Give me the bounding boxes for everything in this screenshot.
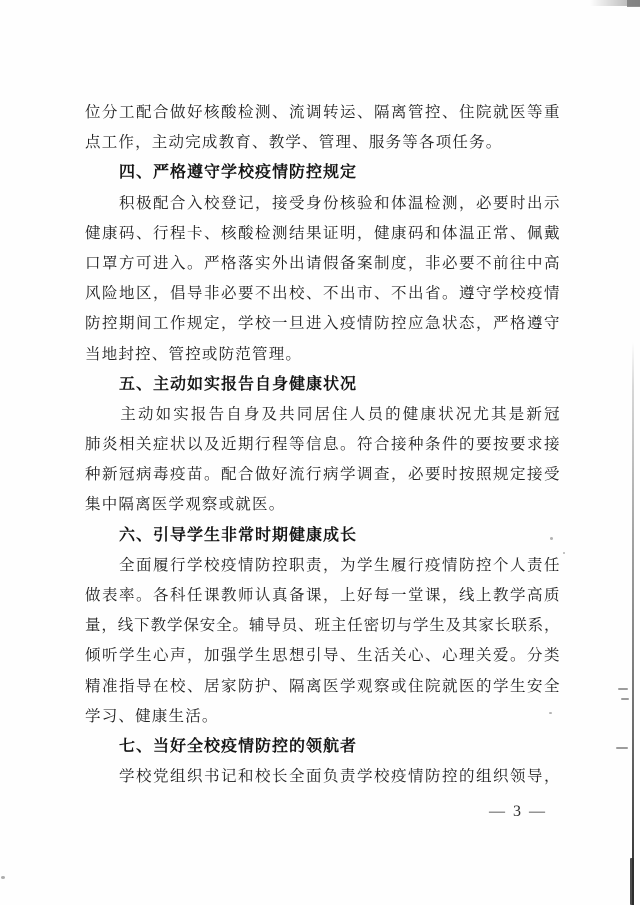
body-text-line: 量，线下教学保安全。辅导员、班主任密切与学生及其家长联系，: [85, 611, 560, 641]
heading-section-7: 七、当好全校疫情防控的领航者: [85, 732, 560, 762]
body-text-line: 精准指导在校、居家防护、隔离医学观察或住院就医的学生安全: [85, 672, 560, 702]
body-text-line: 学校党组织书记和校长全面负责学校疫情防控的组织领导，: [85, 762, 560, 792]
heading-section-4: 四、严格遵守学校疫情防控规定: [85, 158, 560, 188]
document-page: 位分工配合做好核酸检测、流调转运、隔离管控、住院就医等重 点工作，主动完成教育、…: [0, 0, 640, 905]
body-text-line: 种新冠病毒疫苗。配合做好流行病学调查，必要时按照规定接受: [85, 460, 560, 490]
body-text-line: 积极配合入校登记，接受身份核验和体温检测，必要时出示: [85, 189, 560, 219]
scan-artifact-vertical-line: [632, 342, 634, 905]
body-text-line: 健康码、行程卡、核酸检测结果证明，健康码和体温正常、佩戴: [85, 219, 560, 249]
body-text-line: 位分工配合做好核酸检测、流调转运、隔离管控、住院就医等重: [85, 98, 560, 128]
body-text-line: 风险地区，倡导非必要不出校、不出市、不出省。遵守学校疫情: [85, 279, 560, 309]
scan-dash: [616, 747, 628, 749]
scan-speck: [1, 876, 5, 879]
body-text-line: 口罩方可进入。严格落实外出请假备案制度，非必要不前往中高: [85, 249, 560, 279]
body-text-line: 肺炎相关症状以及近期行程等信息。符合接种条件的要按要求接: [85, 430, 560, 460]
page-number: — 3 —: [85, 799, 547, 825]
scan-dash: [618, 688, 628, 690]
scan-speck: [563, 552, 565, 554]
scan-dash: [621, 698, 629, 700]
body-text-line: 点工作，主动完成教育、教学、管理、服务等各项任务。: [85, 128, 560, 158]
body-text-line: 当地封控、管控或防范管理。: [85, 340, 560, 370]
heading-section-6: 六、引导学生非常时期健康成长: [85, 521, 560, 551]
body-text-line: 全面履行学校疫情防控职责，为学生履行疫情防控个人责任: [85, 551, 560, 581]
body-text-line: 防控期间工作规定，学校一旦进入疫情防控应急状态，严格遵守: [85, 309, 560, 339]
heading-section-5: 五、主动如实报告自身健康状况: [85, 370, 560, 400]
document-body: 位分工配合做好核酸检测、流调转运、隔离管控、住院就医等重 点工作，主动完成教育、…: [85, 98, 560, 792]
body-text-line: 倾听学生心声，加强学生思想引导、生活关心、心理关爱。分类: [85, 641, 560, 671]
scan-artifact-top-right-corner: [627, 0, 640, 7]
body-text-line: 学习、健康生活。: [85, 702, 560, 732]
body-text-line: 主动如实报告自身及共同居住人员的健康状况尤其是新冠: [85, 400, 560, 430]
scan-artifact-vertical-line-bottom: [630, 858, 634, 905]
body-text-line: 集中隔离医学观察或就医。: [85, 490, 560, 520]
scan-artifact-top-right-smudge: [590, 0, 640, 6]
body-text-line: 做表率。各科任课教师认真备课，上好每一堂课，线上教学高质: [85, 581, 560, 611]
